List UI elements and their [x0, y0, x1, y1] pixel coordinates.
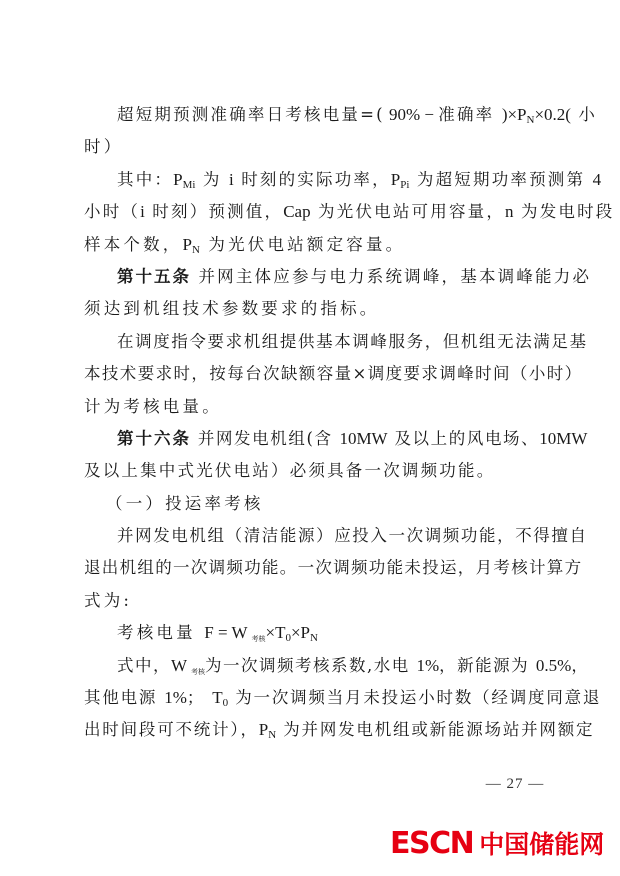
- escn-watermark-logo: ESCN 中国储能网: [390, 826, 604, 860]
- text: 样本个数，: [84, 235, 183, 254]
- text: P: [173, 170, 182, 189]
- text: 小: [571, 105, 597, 124]
- text: 出时间段可不统计），: [84, 720, 259, 739]
- subscript: N: [192, 244, 200, 256]
- sub-heading: （一）投运率考核: [84, 488, 538, 520]
- formula-line-ultra-short-term: 超短期预测准确率日考核电量=( 90% − 准确率 )×PN×0.2( 小: [84, 99, 538, 131]
- page-number: — 27 —: [484, 776, 546, 793]
- paragraph-line: 出时间段可不统计），PN 为并网发电机组或新能源场站并网额定: [84, 714, 538, 746]
- paragraph-line: 式为:: [84, 585, 538, 617]
- text: Cap: [283, 202, 310, 221]
- text: 并网发电机组（清洁能源）应投入一次调频功能，不得擅自: [117, 526, 588, 545]
- article-15-line: 第十五条 并网主体应参与电力系统调峰，基本调峰能力必: [84, 261, 538, 293]
- text: 4: [593, 170, 602, 189]
- text: 准确率: [438, 105, 502, 124]
- text: 为光伏电站可用容量，: [311, 202, 505, 221]
- text: ，: [571, 656, 589, 675]
- text: 计为考核电量。: [84, 397, 222, 416]
- watermark-chinese: 中国储能网: [479, 825, 604, 861]
- paragraph-line: 须达到机组技术参数要求的指标。: [84, 293, 538, 325]
- text: 及以上集中式光伏电站）必须具备一次调频功能。: [84, 461, 495, 480]
- text: ×P: [291, 623, 310, 642]
- text: 10MW: [539, 429, 587, 448]
- text: )×P: [502, 105, 527, 124]
- text: 小时（: [84, 202, 140, 221]
- paragraph-line: 其他电源 1%； T0 为一次调频当月未投运小时数（经调度同意退: [84, 682, 538, 714]
- paragraph-line: 退出机组的一次调频功能。一次调频功能未投运，月考核计算方: [84, 552, 538, 584]
- text: 式为:: [84, 591, 132, 610]
- text: 0.5%: [536, 656, 571, 675]
- text: 时刻）预测值，: [145, 202, 283, 221]
- text: ；: [187, 688, 212, 707]
- text: 在调度指令要求机组提供基本调峰服务，但机组无法满足基: [117, 332, 588, 351]
- subscript: 考核: [191, 668, 205, 676]
- paragraph-line: 样本个数，PN 为光伏电站额定容量。: [84, 229, 538, 261]
- text: 为光伏电站额定容量。: [200, 235, 405, 254]
- watermark-latin: ESCN: [390, 826, 473, 861]
- text: 退出机组的一次调频功能。一次调频功能未投运，月考核计算方: [84, 558, 582, 577]
- text: 须达到机组技术参数要求的指标。: [84, 299, 380, 318]
- text: ×0.2(: [534, 105, 571, 124]
- text: P: [391, 170, 400, 189]
- text: 为并网发电机组或新能源场站并网额定: [276, 720, 594, 739]
- text: 及以上的风电场、: [388, 429, 540, 448]
- paragraph-line: 计为考核电量。: [84, 391, 538, 423]
- paragraph-line: 小时（i 时刻）预测值，Cap 为光伏电站可用容量，n 为发电时段: [84, 196, 538, 228]
- document-body: 超短期预测准确率日考核电量=( 90% − 准确率 )×PN×0.2( 小 时）…: [84, 99, 538, 747]
- text: 其他电源: [84, 688, 164, 707]
- subscript: 考核: [251, 635, 265, 643]
- text: 并网发电机组(含: [191, 429, 339, 448]
- text: P: [183, 235, 192, 254]
- article-15-heading: 第十五条: [117, 267, 191, 286]
- text: 为: [195, 170, 229, 189]
- text: 为一次调频当月未投运小时数（经调度同意退: [228, 688, 601, 707]
- text: 时）: [84, 137, 123, 156]
- subscript: N: [310, 632, 318, 644]
- paragraph-line: 在调度指令要求机组提供基本调峰服务，但机组无法满足基: [84, 326, 538, 358]
- text: ×T: [265, 623, 285, 642]
- text: 本技术要求时，按每台次缺额容量×调度要求调峰时间（小时）: [84, 364, 583, 383]
- paragraph-line: 时）: [84, 131, 538, 163]
- text: 1%: [417, 656, 440, 675]
- article-16-heading: 第十六条: [117, 429, 191, 448]
- text: 为超短期功率预测第: [409, 170, 592, 189]
- text: 时刻的实际功率，: [234, 170, 391, 189]
- text: 考核电量: [117, 623, 204, 642]
- text: W: [171, 656, 191, 675]
- text: 式中，: [117, 656, 171, 675]
- sub-heading-text: （一）投运率考核: [106, 494, 264, 513]
- paragraph-line: 及以上集中式光伏电站）必须具备一次调频功能。: [84, 455, 538, 487]
- text: 超短期预测准确率日考核电量=(: [117, 105, 385, 124]
- subscript: Mi: [183, 179, 196, 191]
- text: 10MW: [339, 429, 387, 448]
- paragraph-line: 本技术要求时，按每台次缺额容量×调度要求调峰时间（小时）: [84, 358, 538, 390]
- text: ，新能源为: [439, 656, 536, 675]
- text: 90% −: [385, 105, 439, 124]
- subscript: N: [268, 729, 276, 741]
- formula-line-assessment: 考核电量 F = W 考核×T0×PN: [84, 617, 538, 649]
- text: 为一次调频考核系数,水电: [205, 656, 417, 675]
- text: n: [505, 202, 514, 221]
- text: F = W: [204, 623, 251, 642]
- paragraph-line: 并网发电机组（清洁能源）应投入一次调频功能，不得擅自: [84, 520, 538, 552]
- text: 其中：: [117, 170, 173, 189]
- text: P: [259, 720, 268, 739]
- text: 1%: [164, 688, 187, 707]
- text: T: [212, 688, 222, 707]
- text: 并网主体应参与电力系统调峰，基本调峰能力必: [191, 267, 591, 286]
- text: 为发电时段: [514, 202, 615, 221]
- paragraph-line: 其中：PMi 为 i 时刻的实际功率，PPi 为超短期功率预测第 4: [84, 164, 538, 196]
- paragraph-line: 式中，W 考核为一次调频考核系数,水电 1%，新能源为 0.5%，: [84, 650, 538, 682]
- article-16-line: 第十六条 并网发电机组(含 10MW 及以上的风电场、10MW: [84, 423, 538, 455]
